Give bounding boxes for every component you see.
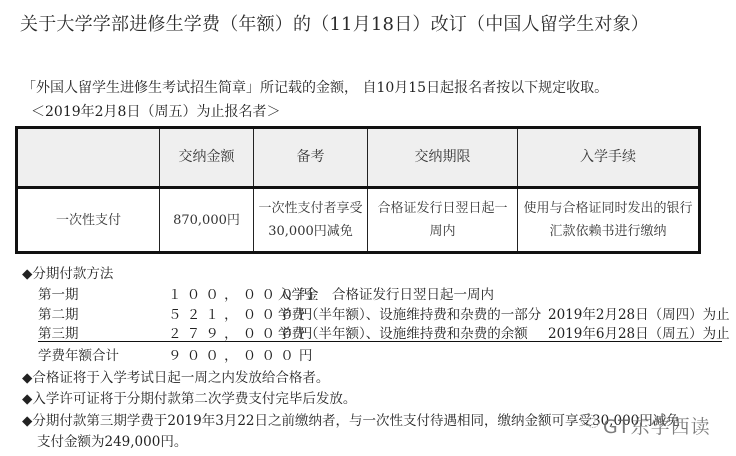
total-amount: ９００，０００円 (168, 344, 318, 364)
installment-desc: 入学金 合格证发行日翌日起一周内 (278, 283, 494, 303)
note-admission-permit: ◆入学许可证将于分期付款第二次学费支付完毕后发放。 (22, 387, 356, 407)
remark-cell: 一次性支付者享受 30,000円减免 (254, 188, 368, 253)
fee-table: 交纳金额 备考 交纳期限 入学手续 一次性支付 870,000円 一次性支付者享… (15, 126, 701, 254)
amount-cell: 870,000円 (160, 188, 254, 253)
deadline-cell: 合格证发行日翌日起一周内 (368, 188, 518, 253)
remark-line-1: 一次性支付者享受 (258, 197, 363, 220)
installment-label: 第一期 (38, 283, 79, 303)
total-label: 学费年额合计 (38, 344, 119, 364)
table-row: 一次性支付 870,000円 一次性支付者享受 30,000円减免 合格证发行日… (17, 188, 700, 253)
installment-desc: 学费（半年额）、设施维持费和杂费的一部分 (278, 303, 541, 323)
note-certificate: ◆合格证将于入学考试日起一周之内发放给合格者。 (22, 366, 329, 386)
fee-table-header-row: 交纳金额 备考 交纳期限 入学手续 (17, 128, 700, 188)
application-deadline-note: ＜2019年2月8日（周五）为止报名者＞ (31, 101, 280, 121)
document-title: 关于大学学部进修生学费（年额）的（11月18日）改订（中国人留学生对象） (20, 10, 649, 36)
installment-heading: ◆分期付款方法 (22, 262, 113, 282)
header-cell-procedure: 入学手续 (518, 128, 700, 188)
header-cell-empty (17, 128, 160, 188)
procedure-cell: 使用与合格证同时发出的银行汇款依赖书进行缴纳 (518, 188, 700, 253)
intro-text: 「外国人留学生进修生考试招生简章」所记载的金额， 自10月15日起报名者按以下规… (22, 77, 608, 97)
installment-label: 第二期 (38, 303, 79, 323)
remark-line-2: 30,000円减免 (258, 220, 363, 243)
installment-desc: 学费（半年额）、设施维持费和杂费的余额 (278, 322, 528, 342)
watermark-text: GT东学西读 (603, 412, 711, 439)
installment-label: 第三期 (38, 322, 79, 342)
note-continuation: 支付金额为249,000円。 (37, 430, 187, 450)
installment-date: 2019年6月28日（周五）为止 (548, 322, 730, 342)
payment-type-cell: 一次性支付 (17, 188, 160, 253)
header-cell-amount: 交纳金额 (160, 128, 254, 188)
total-divider (38, 341, 722, 342)
wechat-icon (580, 413, 600, 429)
header-cell-remark: 备考 (254, 128, 368, 188)
installment-date: 2019年2月28日（周四）为止 (548, 303, 730, 323)
header-cell-deadline: 交纳期限 (368, 128, 518, 188)
